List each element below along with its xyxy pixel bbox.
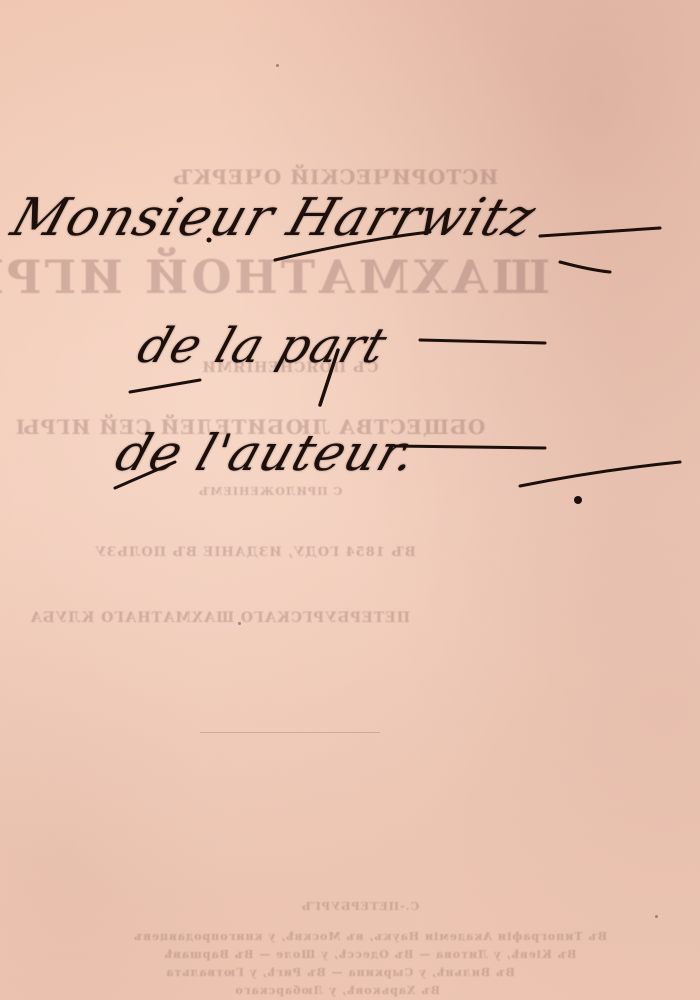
inscription-line-recipient: Monsieur Harrwitz	[4, 188, 543, 248]
handwritten-inscription: Monsieur Harrwitz de la part de l'auteur…	[0, 0, 700, 1000]
inscription-line-from: de la part	[131, 318, 394, 374]
paper-page: ИСТОРИЧЕСКІЙ ОЧЕРКЪ ШАХМАТНОЙ ИГРЫ СЪ ПО…	[0, 0, 700, 1000]
ink-flourishes	[0, 0, 700, 1000]
inscription-line-author: de l'auteur.	[109, 424, 425, 482]
